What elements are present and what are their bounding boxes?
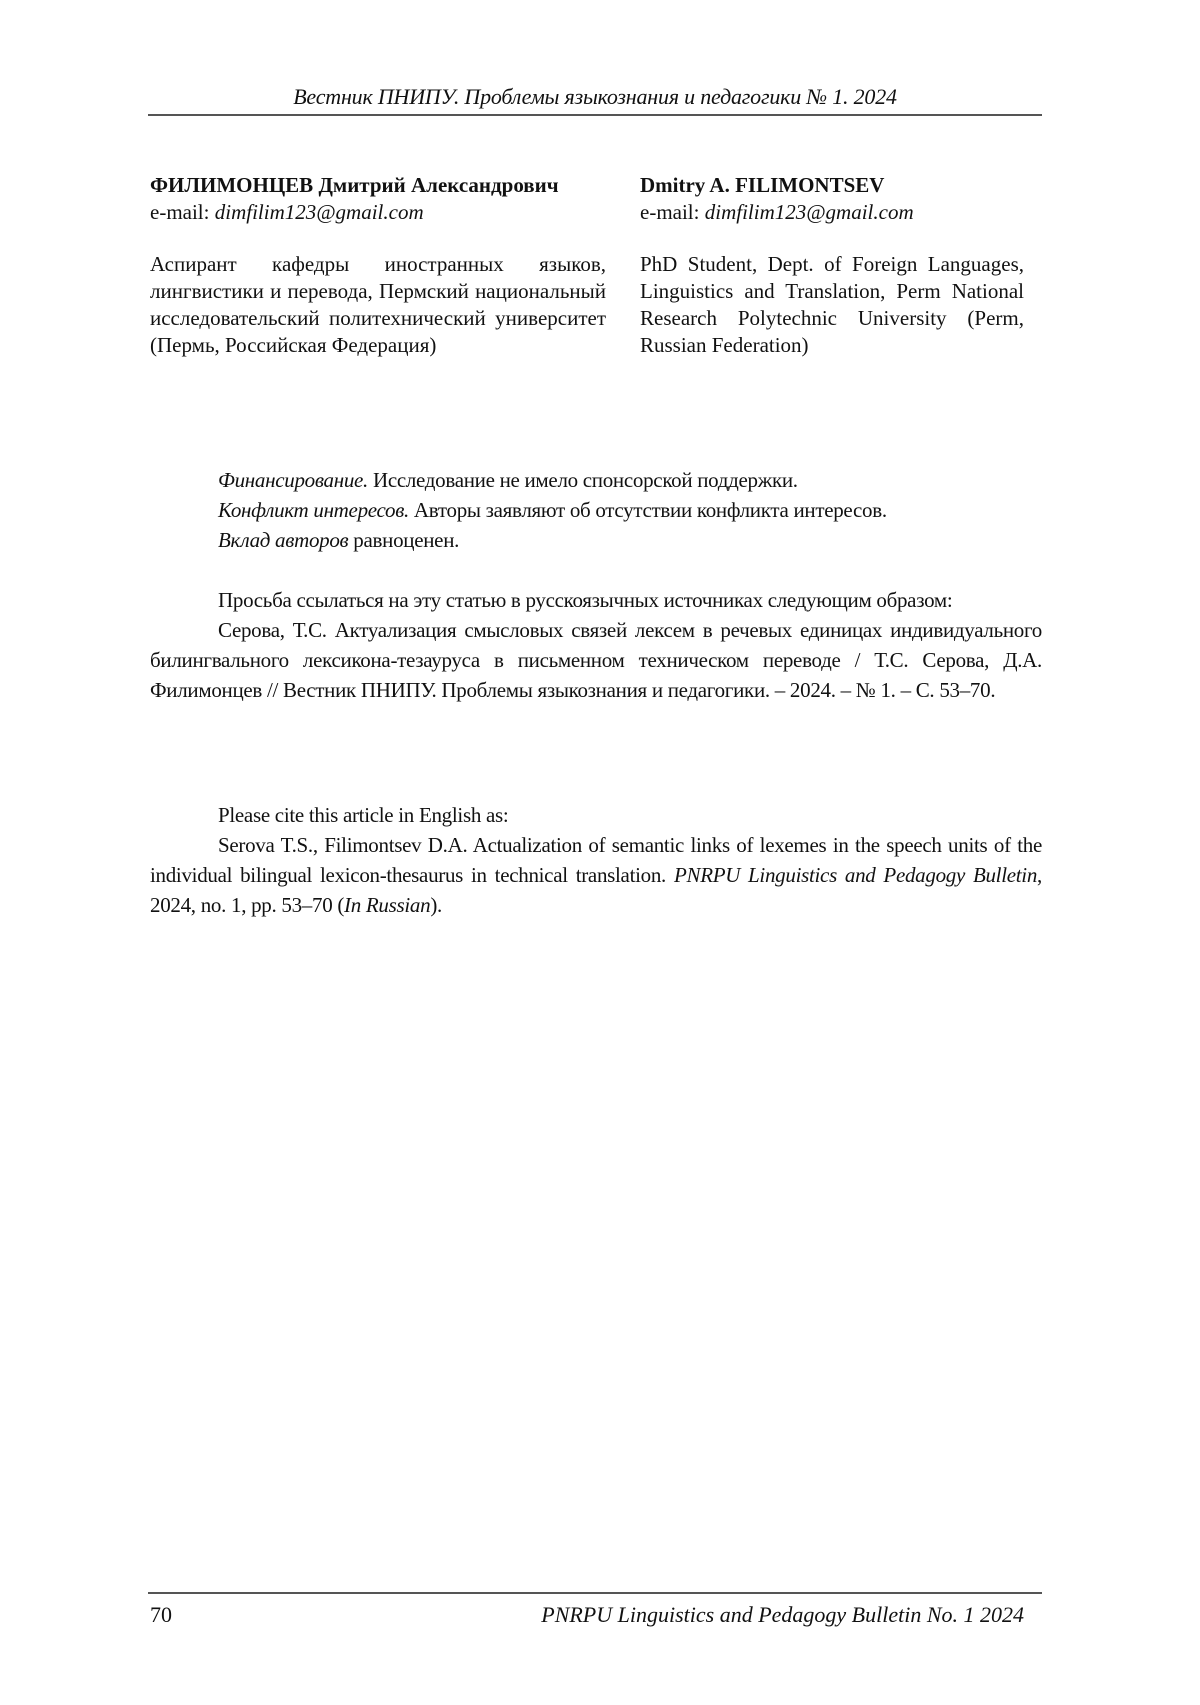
citation-english: Please cite this article in English as: …: [150, 800, 1042, 920]
citation-en-intro: Please cite this article in English as:: [150, 800, 1042, 830]
reference-language: In Russian: [344, 893, 430, 917]
contribution-label: Вклад авторов: [218, 528, 348, 552]
citation-russian: Просьба ссылаться на эту статью в русско…: [150, 585, 1042, 705]
author-name-ru: ФИЛИМОНЦЕВ Дмитрий Александрович: [150, 172, 606, 199]
conflict-text: Авторы заявляют об отсутствии конфликта …: [409, 498, 887, 522]
funding-note: Финансирование. Исследование не имело сп…: [218, 465, 1048, 495]
footer-journal-title: PNRPU Linguistics and Pedagogy Bulletin …: [541, 1602, 1024, 1628]
footer-divider: [148, 1592, 1042, 1594]
author-affiliation-en: PhD Student, Dept. of Foreign Languages,…: [640, 251, 1024, 359]
funding-text: Исследование не имело спонсорской поддер…: [368, 468, 798, 492]
article-notes: Финансирование. Исследование не имело сп…: [218, 465, 1048, 555]
reference-journal: PNRPU Linguistics and Pedagogy Bulletin: [674, 863, 1037, 887]
running-header: Вестник ПНИПУ. Проблемы языкознания и пе…: [148, 84, 1042, 110]
author-info-en: Dmitry A. FILIMONTSEV e-mail: dimfilim12…: [640, 172, 1024, 359]
contribution-note: Вклад авторов равноценен.: [218, 525, 1048, 555]
conflict-label: Конфликт интересов.: [218, 498, 409, 522]
page-number: 70: [150, 1602, 172, 1628]
email-label: e-mail:: [150, 200, 215, 224]
email-link[interactable]: dimfilim123@gmail.com: [705, 200, 914, 224]
email-link[interactable]: dimfilim123@gmail.com: [215, 200, 424, 224]
email-label: e-mail:: [640, 200, 705, 224]
conflict-note: Конфликт интересов. Авторы заявляют об о…: [218, 495, 1048, 525]
funding-label: Финансирование.: [218, 468, 368, 492]
author-info-ru: ФИЛИМОНЦЕВ Дмитрий Александрович e-mail:…: [150, 172, 606, 359]
author-affiliation-ru: Аспирант кафедры иностранных языков, лин…: [150, 251, 606, 359]
author-email-en: e-mail: dimfilim123@gmail.com: [640, 199, 1024, 226]
contribution-text: равноценен.: [348, 528, 459, 552]
author-email-ru: e-mail: dimfilim123@gmail.com: [150, 199, 606, 226]
reference-end: ).: [430, 893, 442, 917]
author-name-en: Dmitry A. FILIMONTSEV: [640, 172, 1024, 199]
header-divider: [148, 114, 1042, 116]
citation-ru-intro: Просьба ссылаться на эту статью в русско…: [150, 585, 1042, 615]
citation-en-reference: Serova T.S., Filimontsev D.A. Actualizat…: [150, 830, 1042, 920]
citation-ru-reference: Серова, Т.С. Актуализация смысловых связ…: [150, 615, 1042, 705]
